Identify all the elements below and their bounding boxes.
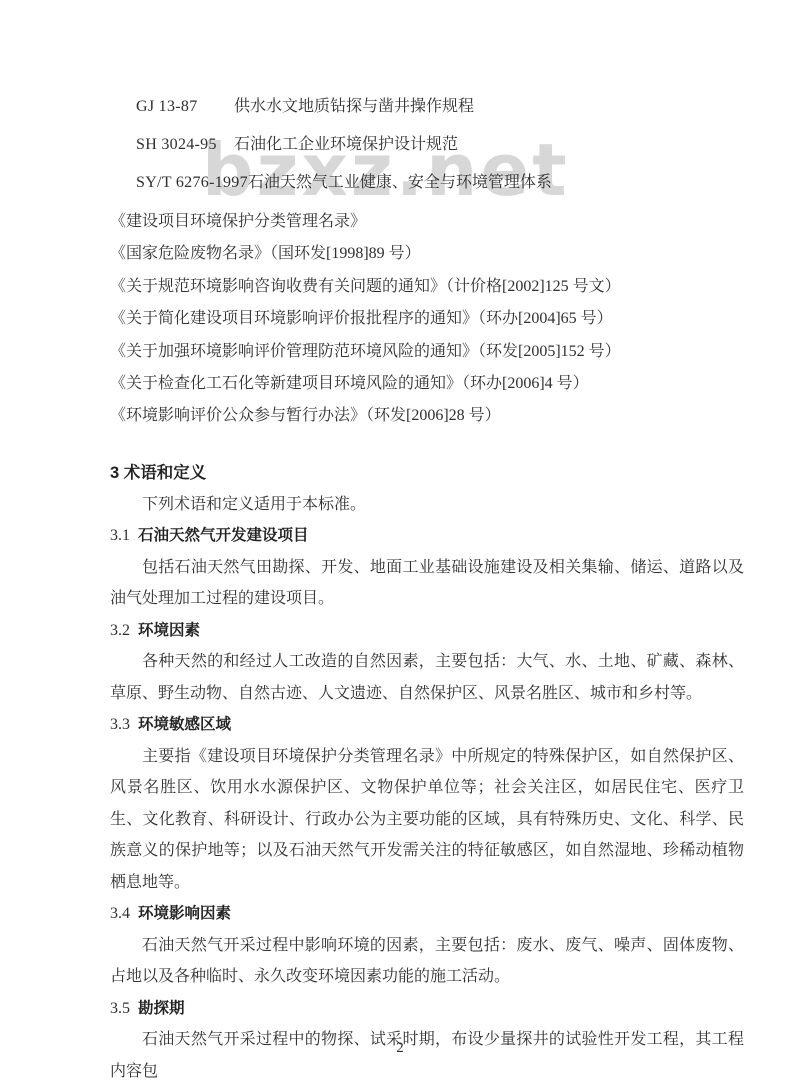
document-page: bzxz.net GJ 13-87 供水水文地质钻探与凿井操作规程 SH 302… (0, 0, 800, 1090)
term-body: 主要指《建设项目环境保护分类管理名录》中所规定的特殊保护区，如自然保护区、风景名… (110, 741, 744, 899)
standard-code: SH 3024-95 (136, 126, 234, 164)
term-title: 石油天然气开发建设项目 (138, 527, 309, 544)
standard-code: GJ 13-87 (136, 88, 234, 126)
term-title: 环境影响因素 (138, 905, 231, 922)
term-block: 3.2环境因素 各种天然的和经过人工改造的自然因素，主要包括：大气、水、土地、矿… (110, 615, 744, 710)
standard-title: 石油天然气工业健康、安全与环境管理体系 (248, 164, 744, 202)
term-number: 3.4 (110, 905, 130, 922)
document-list-item: 《关于规范环境影响咨询收费有关问题的通知》（计价格[2002]125 号文） (110, 271, 744, 303)
term-block: 3.4环境影响因素 石油天然气开采过程中影响环境的因素，主要包括：废水、废气、噪… (110, 898, 744, 993)
referenced-documents-list: 《建设项目环境保护分类管理名录》 《国家危险废物名录》（国环发[1998]89 … (110, 206, 744, 433)
term-body: 石油天然气开采过程中影响环境的因素，主要包括：废水、废气、噪声、固体废物、占地以… (110, 930, 744, 993)
term-heading: 3.4环境影响因素 (110, 898, 744, 930)
standard-code: SY/T 6276-1997 (136, 164, 248, 202)
document-list-item: 《建设项目环境保护分类管理名录》 (110, 206, 744, 238)
page-number: 2 (0, 1040, 800, 1057)
term-heading: 3.5勘探期 (110, 993, 744, 1025)
section-intro: 下列术语和定义适用于本标准。 (110, 489, 744, 521)
term-heading: 3.2环境因素 (110, 615, 744, 647)
term-block: 3.1石油天然气开发建设项目 包括石油天然气田勘探、开发、地面工业基础设施建设及… (110, 520, 744, 615)
term-heading: 3.3环境敏感区域 (110, 709, 744, 741)
term-number: 3.2 (110, 622, 130, 639)
term-block: 3.3环境敏感区域 主要指《建设项目环境保护分类管理名录》中所规定的特殊保护区，… (110, 709, 744, 898)
term-title: 勘探期 (138, 1000, 185, 1017)
section-heading: 3 术语和定义 (110, 457, 744, 489)
term-title: 环境敏感区域 (138, 716, 231, 733)
standard-row: SY/T 6276-1997 石油天然气工业健康、安全与环境管理体系 (110, 164, 744, 202)
document-list-item: 《关于加强环境影响评价管理防范环境风险的通知》（环发[2005]152 号） (110, 336, 744, 368)
term-body: 包括石油天然气田勘探、开发、地面工业基础设施建设及相关集输、储运、道路以及油气处… (110, 552, 744, 615)
document-list-item: 《关于简化建设项目环境影响评价报批程序的通知》（环办[2004]65 号） (110, 303, 744, 335)
standard-title: 石油化工企业环境保护设计规范 (234, 126, 744, 164)
term-title: 环境因素 (138, 622, 200, 639)
term-number: 3.1 (110, 527, 130, 544)
term-number: 3.3 (110, 716, 130, 733)
document-list-item: 《关于检查化工石化等新建项目环境风险的通知》（环办[2006]4 号） (110, 368, 744, 400)
term-heading: 3.1石油天然气开发建设项目 (110, 520, 744, 552)
document-list-item: 《国家危险废物名录》（国环发[1998]89 号） (110, 238, 744, 270)
standard-row: SH 3024-95 石油化工企业环境保护设计规范 (110, 126, 744, 164)
term-number: 3.5 (110, 1000, 130, 1017)
term-body: 各种天然的和经过人工改造的自然因素，主要包括：大气、水、土地、矿藏、森林、草原、… (110, 646, 744, 709)
page-content: GJ 13-87 供水水文地质钻探与凿井操作规程 SH 3024-95 石油化工… (110, 88, 744, 1087)
document-list-item: 《环境影响评价公众参与暂行办法》（环发[2006]28 号） (110, 400, 744, 432)
referenced-standards-list: GJ 13-87 供水水文地质钻探与凿井操作规程 SH 3024-95 石油化工… (110, 88, 744, 202)
standard-title: 供水水文地质钻探与凿井操作规程 (234, 88, 744, 126)
standard-row: GJ 13-87 供水水文地质钻探与凿井操作规程 (110, 88, 744, 126)
